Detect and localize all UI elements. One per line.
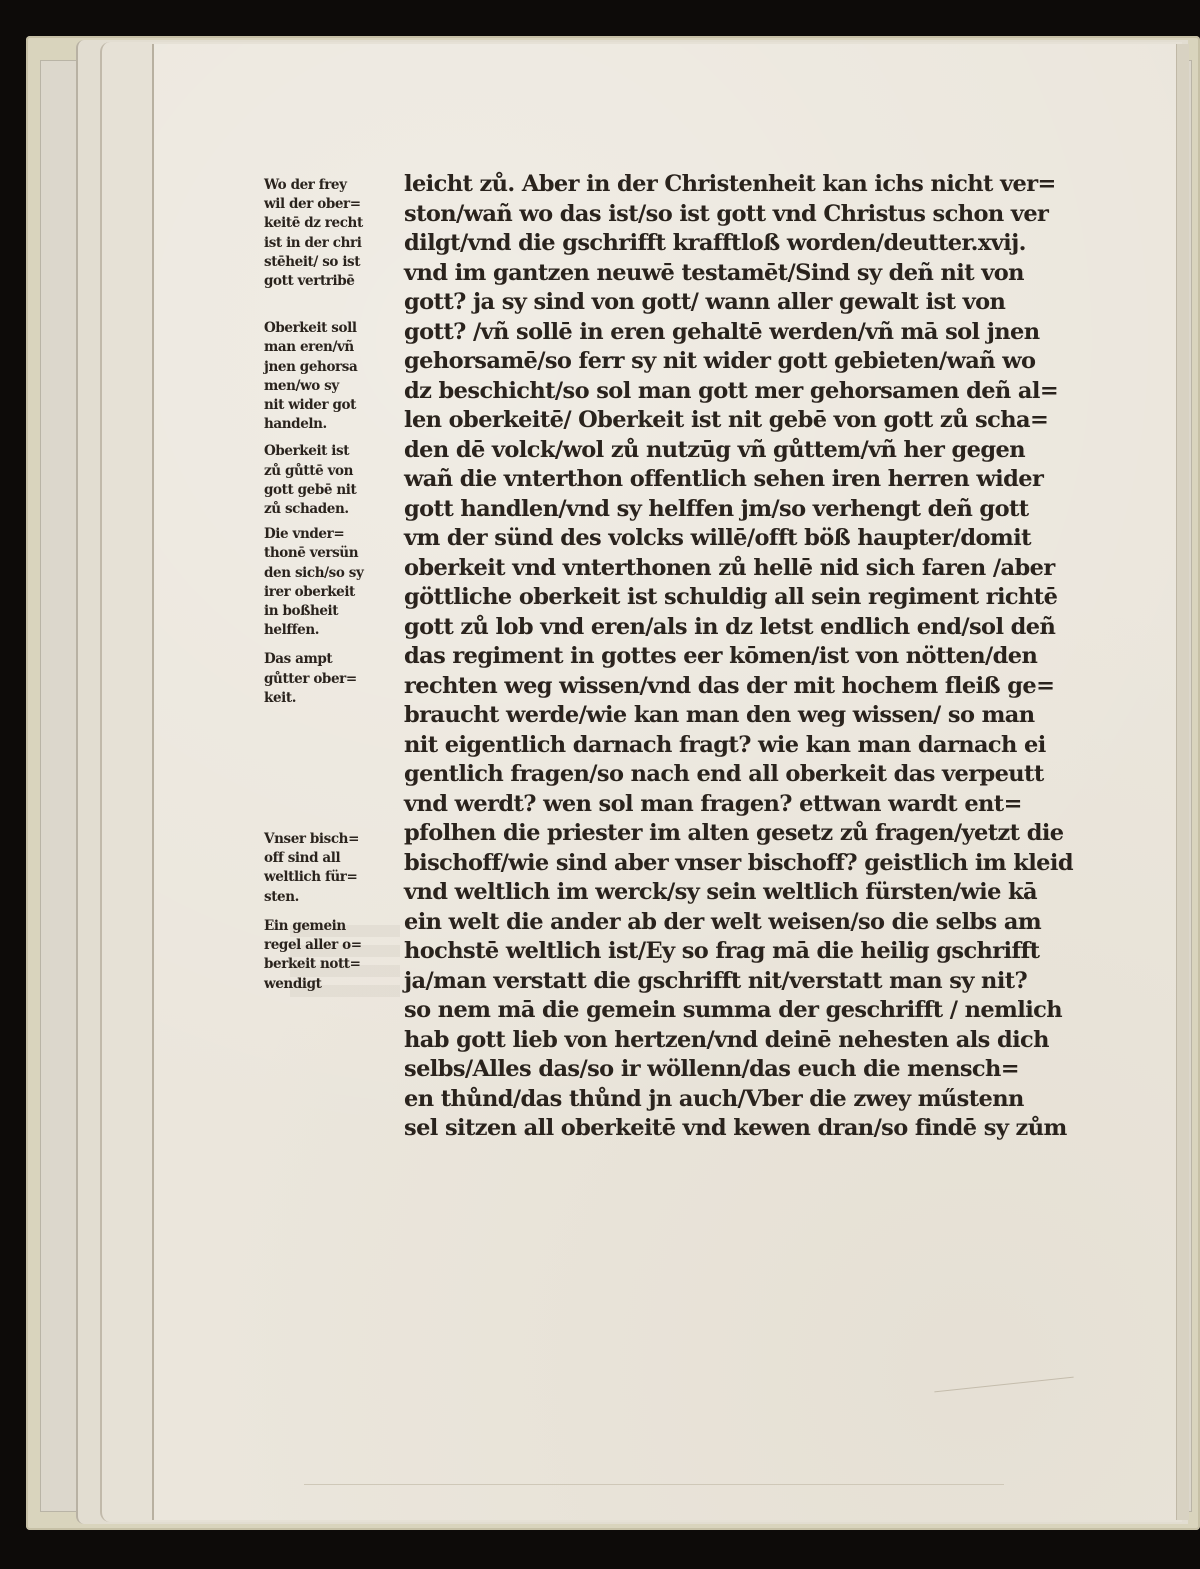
note-line: ist in der chri (264, 234, 404, 253)
note-line: gott vertribē (264, 272, 404, 291)
note-line: wil der ober= (264, 195, 404, 214)
text-line: vnd weltlich im werck/sy sein weltlich f… (404, 878, 1124, 908)
note-line: den sich/so sy (264, 564, 404, 583)
margin-note: Die vnder= thonē versün den sich/so sy i… (264, 525, 404, 640)
text-line: gott? ja sy sind von gott/ wann aller ge… (404, 288, 1124, 318)
note-line: jnen gehorsa (264, 358, 404, 377)
margin-note: Vnser bisch= off sind all weltlich für= … (264, 830, 404, 907)
margin-note: Das ampt gůtter ober= keit. (264, 650, 404, 708)
note-line: zů schaden. (264, 500, 404, 519)
text-line: selbs/Alles das/so ir wöllenn/das euch d… (404, 1055, 1124, 1085)
text-line: sel sitzen all oberkeitē vnd kewen dran/… (404, 1114, 1124, 1144)
text-line: bischoff/wie sind aber vnser bischoff? g… (404, 849, 1124, 879)
text-line: gott zů lob vnd eren/als in dz letst end… (404, 613, 1124, 643)
note-line: keit. (264, 689, 404, 708)
text-line: so nem mā die gemein summa der geschriff… (404, 996, 1124, 1026)
note-line: handeln. (264, 415, 404, 434)
text-line: pfolhen die priester im alten gesetz zů … (404, 819, 1124, 849)
note-line: gott gebē nit (264, 481, 404, 500)
note-line: Die vnder= (264, 525, 404, 544)
note-line: Das ampt (264, 650, 404, 669)
note-line: sten. (264, 888, 404, 907)
note-line: Oberkeit soll (264, 319, 404, 338)
text-line: gott? /vñ sollē in eren gehaltē werden/v… (404, 318, 1124, 348)
text-line: ein welt die ander ab der welt weisen/so… (404, 908, 1124, 938)
note-line: Wo der frey (264, 176, 404, 195)
note-line: berkeit nott= (264, 955, 404, 974)
note-line: gůtter ober= (264, 670, 404, 689)
note-line: Oberkeit ist (264, 442, 404, 461)
text-line: den dē volck/wol zů nutzūg vñ gůttem/vñ … (404, 436, 1124, 466)
note-line: nit wider got (264, 396, 404, 415)
text-line: hab gott lieb von hertzen/vnd deinē nehe… (404, 1026, 1124, 1056)
note-line: in boßheit (264, 602, 404, 621)
margin-notes: Wo der frey wil der ober= keitē dz recht… (264, 176, 404, 1004)
text-line: rechten weg wissen/vnd das der mit hoche… (404, 672, 1124, 702)
text-line: gentlich fragen/so nach end all oberkeit… (404, 760, 1124, 790)
note-line: regel aller o= (264, 936, 404, 955)
note-line: zů gůttē von (264, 462, 404, 481)
text-line: braucht werde/wie kan man den weg wissen… (404, 701, 1124, 731)
note-line: weltlich für= (264, 868, 404, 887)
text-line: gott handlen/vnd sy helffen jm/so verhen… (404, 495, 1124, 525)
paper-crease (934, 1377, 1073, 1393)
text-line: ja/man verstatt die gschrifft nit/versta… (404, 967, 1124, 997)
main-text-column: leicht zů. Aber in der Christenheit kan … (404, 170, 1124, 1144)
text-line: dz beschicht/so sol man gott mer gehorsa… (404, 377, 1124, 407)
note-line: thonē versün (264, 544, 404, 563)
text-line: vnd im gantzen neuwē testamēt/Sind sy de… (404, 259, 1124, 289)
note-line: irer oberkeit (264, 583, 404, 602)
text-line: len oberkeitē/ Oberkeit ist nit gebē von… (404, 406, 1124, 436)
note-line: wendigt (264, 975, 404, 994)
note-line: helffen. (264, 621, 404, 640)
text-line: wañ die vnterthon offentlich sehen iren … (404, 465, 1124, 495)
note-line: men/wo sy (264, 377, 404, 396)
paper-crease (304, 1484, 1004, 1485)
page-fore-edge (1176, 44, 1189, 1520)
margin-note: Wo der frey wil der ober= keitē dz recht… (264, 176, 404, 291)
text-line: oberkeit vnd vnterthonen zů hellē nid si… (404, 554, 1124, 584)
text-line: en thůnd/das thůnd jn auch/Vber die zwey… (404, 1085, 1124, 1115)
note-line: stēheit/ so ist (264, 253, 404, 272)
text-line: göttliche oberkeit ist schuldig all sein… (404, 583, 1124, 613)
note-line: keitē dz recht (264, 214, 404, 233)
text-line: hochstē weltlich ist/Ey so frag mā die h… (404, 937, 1124, 967)
note-line: Ein gemein (264, 917, 404, 936)
text-line: vm der sünd des volcks willē/offt böß ha… (404, 524, 1124, 554)
text-line: leicht zů. Aber in der Christenheit kan … (404, 170, 1124, 200)
text-line: das regiment in gottes eer kōmen/ist von… (404, 642, 1124, 672)
note-line: off sind all (264, 849, 404, 868)
note-line: Vnser bisch= (264, 830, 404, 849)
note-line: man eren/vñ (264, 338, 404, 357)
text-line: dilgt/vnd die gschrifft krafftloß worden… (404, 229, 1124, 259)
text-line: gehorsamē/so ferr sy nit wider gott gebi… (404, 347, 1124, 377)
margin-note: Ein gemein regel aller o= berkeit nott= … (264, 917, 404, 994)
margin-note: Oberkeit soll man eren/vñ jnen gehorsa m… (264, 319, 404, 434)
text-line: nit eigentlich darnach fragt? wie kan ma… (404, 731, 1124, 761)
text-line: vnd werdt? wen sol man fragen? ettwan wa… (404, 790, 1124, 820)
text-line: ston/wañ wo das ist/so ist gott vnd Chri… (404, 200, 1124, 230)
margin-note: Oberkeit ist zů gůttē von gott gebē nit … (264, 442, 404, 519)
